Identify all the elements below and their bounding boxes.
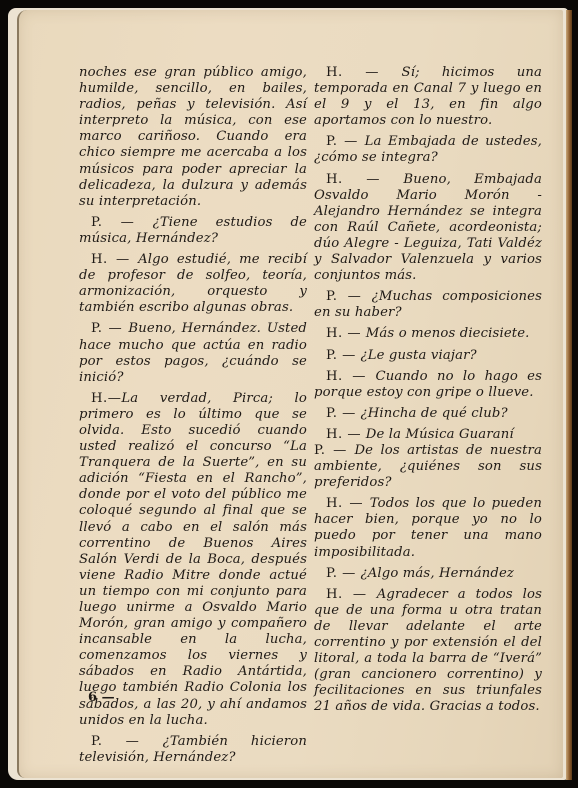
question-paragraph: P. — ¿Tiene estudios de música, Hernánde…	[79, 215, 307, 247]
right-text-column: H. — Sí; hicimos una temporada en Canal …	[314, 65, 542, 720]
question-paragraph: P. — De los artistas de nuestra ambiente…	[314, 443, 542, 491]
left-text-column: noches ese gran público amigo, humilde, …	[79, 65, 307, 771]
answer-paragraph: H.—La verdad, Pirca; lo primero es lo úl…	[79, 391, 307, 729]
answer-paragraph: H. — Cuando no lo hago es porque estoy c…	[314, 369, 542, 401]
question-paragraph: P. — ¿También hicieron televisión, Herná…	[79, 734, 307, 766]
answer-paragraph: H. — Algo estudié, me recibí de profesor…	[79, 252, 307, 316]
question-paragraph: P. — ¿Muchas composiciones en su haber?	[314, 289, 542, 321]
page-number: 6 —	[88, 690, 115, 705]
question-paragraph: P. — ¿Algo más, Hernández	[314, 566, 542, 582]
booklet-spine	[566, 10, 572, 780]
answer-paragraph: H. — Bueno, Embajada Osvaldo Mario Morón…	[314, 172, 542, 285]
question-paragraph: P. — Bueno, Hernández. Usted hace mucho …	[79, 321, 307, 385]
answer-paragraph: H. — Agradecer a todos los que de una fo…	[314, 587, 542, 716]
answer-paragraph: H. — Todos los que lo pueden hacer bien,…	[314, 496, 542, 560]
answer-paragraph: H. — Más o menos diecisiete.	[314, 326, 542, 342]
question-paragraph: P. — La Embajada de ustedes, ¿cómo se in…	[314, 134, 542, 166]
question-paragraph: P. — ¿Hincha de qué club?	[314, 406, 542, 422]
answer-paragraph: H. — De la Música Guaraní	[314, 427, 542, 443]
answer-paragraph: H. — Sí; hicimos una temporada en Canal …	[314, 65, 542, 129]
question-paragraph: P. — ¿Le gusta viajar?	[314, 348, 542, 364]
paragraph: noches ese gran público amigo, humilde, …	[79, 65, 307, 210]
